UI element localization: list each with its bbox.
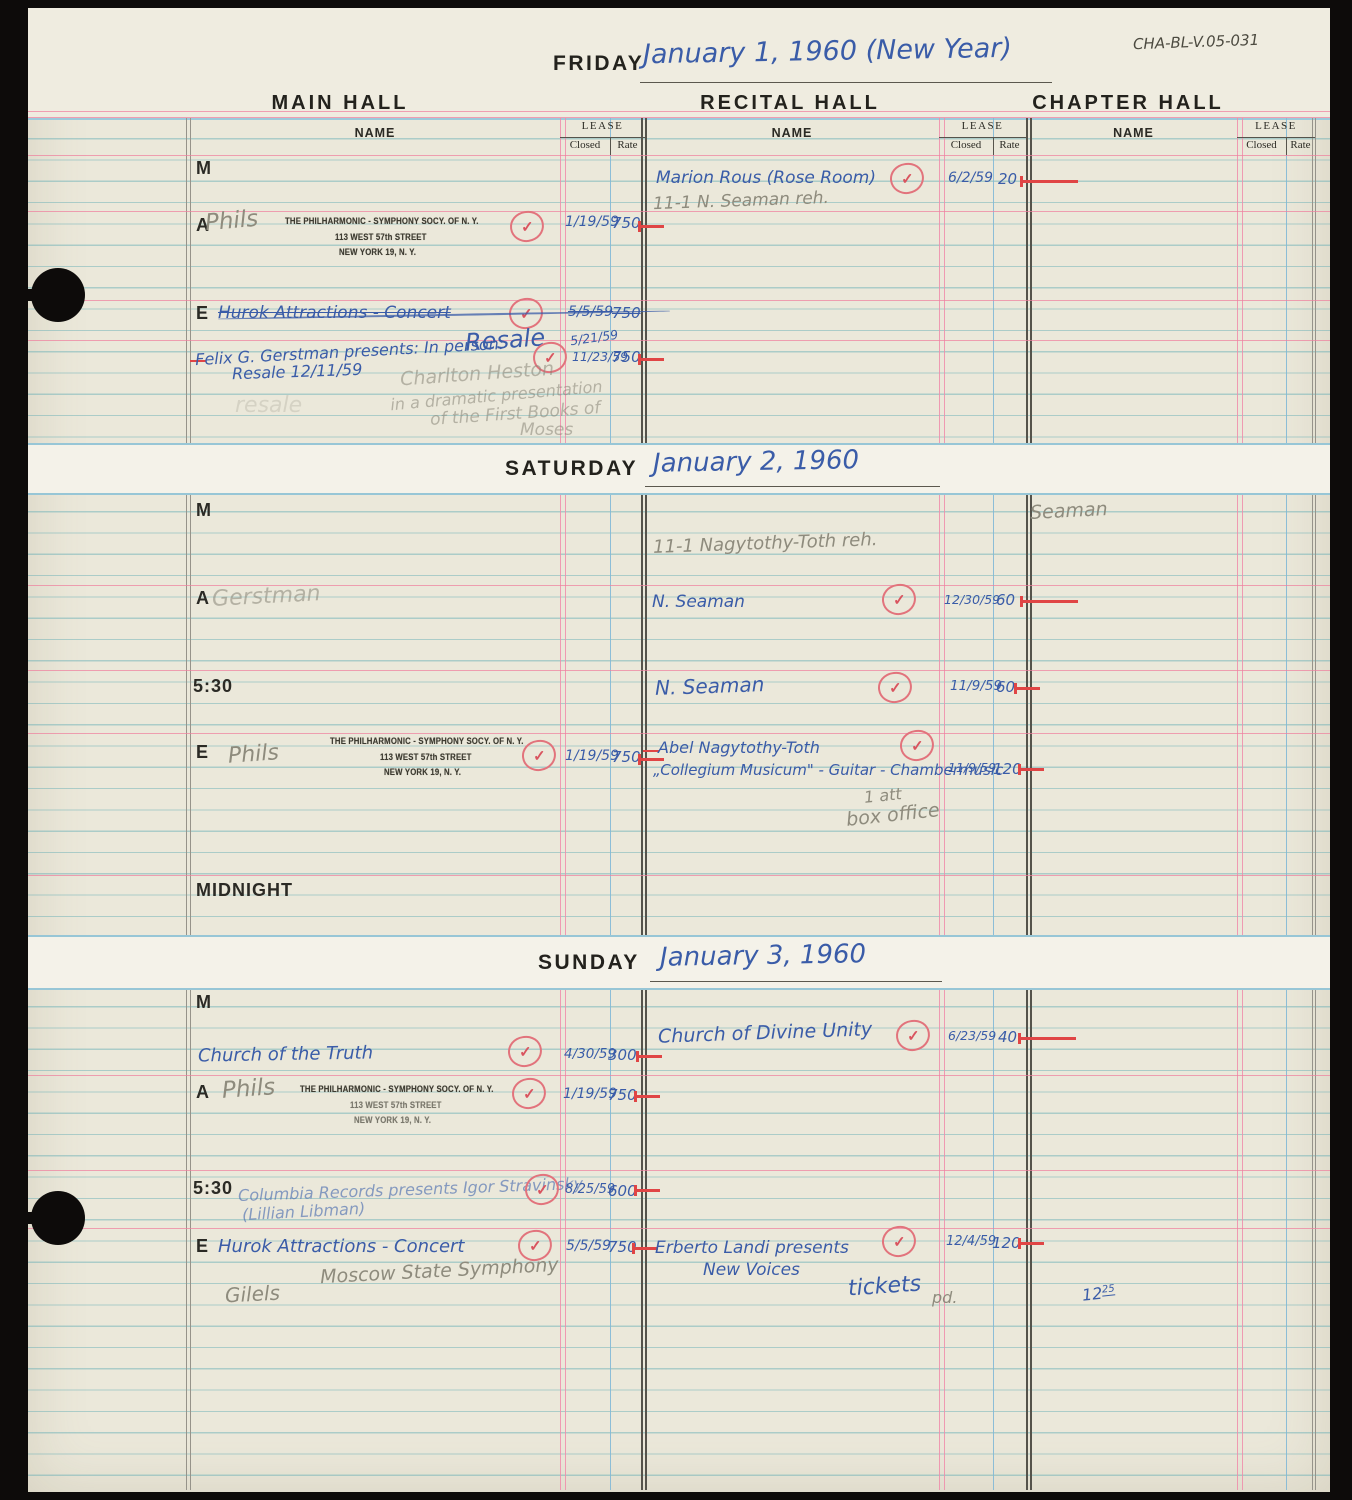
friday-main-a-pencil-name: Phils	[204, 206, 259, 237]
ledger-page: FRIDAY January 1, 1960 (New Year) CHA-BL…	[28, 8, 1330, 1492]
saturday-recital-530-name: N. Seaman	[655, 672, 765, 700]
saturday-recital-a-closed: 12/30/59	[944, 592, 1000, 607]
sunday-date-handwritten: January 3, 1960	[660, 939, 867, 973]
paid-flag-mark	[1014, 687, 1040, 690]
saturday-recital-530-closed: 11/9/59	[950, 678, 1002, 694]
sunday-recital-e-note1: tickets	[847, 1271, 922, 1301]
saturday-recital-a-rate: 60	[996, 591, 1015, 609]
friday-date-underline	[640, 82, 1052, 83]
sunday-row-m-label: M	[196, 992, 212, 1013]
hole-punch-slot	[28, 289, 62, 301]
chapter-lease-header: LEASE	[1237, 120, 1315, 132]
sunday-main-530-rate: 600	[608, 1182, 637, 1200]
paid-flag-mark	[1020, 180, 1078, 183]
saturday-row-e-label: E	[196, 742, 209, 763]
sunday-main-e-name: Hurok Attractions - Concert	[218, 1236, 464, 1257]
sunday-recital-m-rate: 40	[998, 1028, 1017, 1046]
sunday-recital-e-amount: 1225	[1081, 1282, 1116, 1304]
friday-header-band: FRIDAY January 1, 1960 (New Year) CHA-BL…	[28, 8, 1330, 120]
sunday-row-a-label: A	[196, 1082, 210, 1103]
carryover-mark	[640, 1248, 656, 1250]
sunday-main-m-name: Church of the Truth	[198, 1042, 373, 1066]
sunday-recital-e-name1: Erberto Landi presents	[655, 1238, 849, 1258]
saturday-main-e-closed: 1/19/59	[565, 748, 619, 764]
sunday-main-e-pencil2: Gilels	[224, 1281, 280, 1308]
friday-date-handwritten: January 1, 1960 (New Year)	[643, 33, 1012, 70]
sunday-row-530-label: 5:30	[193, 1178, 233, 1199]
saturday-day-label: SATURDAY	[505, 457, 638, 481]
saturday-row-a-label: A	[196, 588, 210, 609]
saturday-recital-530-rate: 60	[996, 678, 1015, 696]
philharmonic-stamp-line2: 113 WEST 57th STREET	[380, 752, 472, 763]
philharmonic-stamp-line3: NEW YORK 19, N. Y.	[354, 1115, 431, 1126]
chapter-name-header: NAME	[1030, 126, 1237, 140]
sunday-date-underline	[650, 981, 942, 982]
friday-resale-rate: 750	[612, 348, 641, 366]
chapter-rate-header: Rate	[1286, 139, 1315, 151]
chapter-closed-header: Closed	[1237, 139, 1286, 151]
hole-punch-slot	[28, 1212, 62, 1224]
sunday-day-label: SUNDAY	[538, 951, 640, 975]
sunday-main-a-pencil-name: Phils	[221, 1074, 276, 1104]
saturday-main-e-rate: 750	[612, 748, 641, 766]
main-lease-header: LEASE	[560, 120, 645, 132]
friday-row-m-label: M	[196, 158, 212, 179]
friday-recital-m-rate: 20	[998, 170, 1017, 188]
paid-flag-mark	[638, 358, 664, 361]
saturday-row-530-label: 5:30	[193, 676, 233, 697]
philharmonic-stamp-line1: THE PHILHARMONIC - SYMPHONY SOCY. OF N. …	[330, 736, 524, 747]
saturday-row-m-label: M	[196, 500, 212, 521]
main-closed-header: Closed	[560, 139, 610, 151]
philharmonic-stamp-line1: THE PHILHARMONIC - SYMPHONY SOCY. OF N. …	[285, 216, 479, 227]
saturday-section	[28, 491, 1330, 935]
paid-flag-mark	[1020, 600, 1078, 603]
recital-closed-header: Closed	[939, 139, 993, 151]
philharmonic-stamp-line3: NEW YORK 19, N. Y.	[384, 767, 461, 778]
friday-recital-m-closed: 6/2/59	[948, 170, 993, 186]
carryover-mark	[643, 750, 659, 752]
sunday-recital-e-note2: pd.	[932, 1288, 957, 1307]
sunday-main-m-rate: 300	[608, 1046, 637, 1064]
saturday-header-band: SATURDAY January 2, 1960	[28, 443, 1330, 495]
philharmonic-stamp-line2: 113 WEST 57th STREET	[350, 1100, 442, 1111]
philharmonic-stamp-line3: NEW YORK 19, N. Y.	[339, 247, 416, 258]
saturday-recital-e-closed: 11/9/59	[948, 760, 996, 775]
friday-main-e-name: Hurok Attractions - Concert	[218, 303, 451, 323]
friday-resale-pencil4: Moses	[520, 420, 573, 440]
friday-resale-pencil5: resale	[235, 393, 302, 418]
main-rate-header: Rate	[610, 139, 645, 151]
sunday-row-e-label: E	[196, 1236, 209, 1257]
recital-lease-header: LEASE	[939, 120, 1026, 132]
recital-name-header: NAME	[645, 126, 939, 140]
paid-flag-mark	[1018, 1242, 1044, 1245]
friday-day-label: FRIDAY	[553, 52, 644, 76]
philharmonic-stamp-line2: 113 WEST 57th STREET	[335, 232, 427, 243]
friday-main-e-rate: 750	[612, 304, 641, 322]
saturday-recital-a-name: N. Seaman	[652, 592, 745, 612]
scanned-ledger-screenshot: FRIDAY January 1, 1960 (New Year) CHA-BL…	[0, 0, 1352, 1500]
saturday-row-midnight-label: MIDNIGHT	[196, 880, 293, 901]
friday-main-a-rate: 750	[612, 214, 641, 232]
sunday-recital-e-rate: 120	[992, 1234, 1021, 1252]
saturday-recital-e-name1: Abel Nagytothy-Toth	[658, 738, 820, 757]
catalog-number: CHA-BL-V.05-031	[1133, 31, 1260, 53]
friday-recital-m-name: Marion Rous (Rose Room)	[656, 168, 876, 188]
recital-rate-header: Rate	[993, 139, 1026, 151]
sunday-recital-e-name2: New Voices	[703, 1260, 800, 1280]
paid-flag-mark	[1018, 1037, 1076, 1040]
philharmonic-stamp-line1: THE PHILHARMONIC - SYMPHONY SOCY. OF N. …	[300, 1084, 494, 1095]
sunday-header-band: SUNDAY January 3, 1960	[28, 935, 1330, 990]
saturday-main-e-pencil-name: Phils	[227, 740, 280, 768]
paid-flag-mark	[634, 1095, 660, 1098]
main-name-header: NAME	[190, 126, 560, 140]
saturday-date-handwritten: January 2, 1960	[653, 445, 860, 479]
friday-main-a-closed: 1/19/59	[565, 214, 619, 230]
sunday-main-a-rate: 750	[608, 1086, 637, 1104]
saturday-chapter-m-name: Seaman	[1029, 498, 1108, 524]
paid-flag-mark	[1018, 768, 1044, 771]
paid-flag-mark	[638, 225, 664, 228]
friday-row-e-label: E	[196, 303, 209, 324]
sunday-recital-m-closed: 6/23/59	[948, 1028, 996, 1043]
paid-flag-mark	[636, 1055, 662, 1058]
sunday-main-e-closed: 5/5/59	[566, 1238, 611, 1254]
sunday-recital-e-closed: 12/4/59	[946, 1234, 996, 1249]
saturday-date-underline	[645, 486, 940, 487]
paid-flag-mark	[634, 1189, 660, 1192]
